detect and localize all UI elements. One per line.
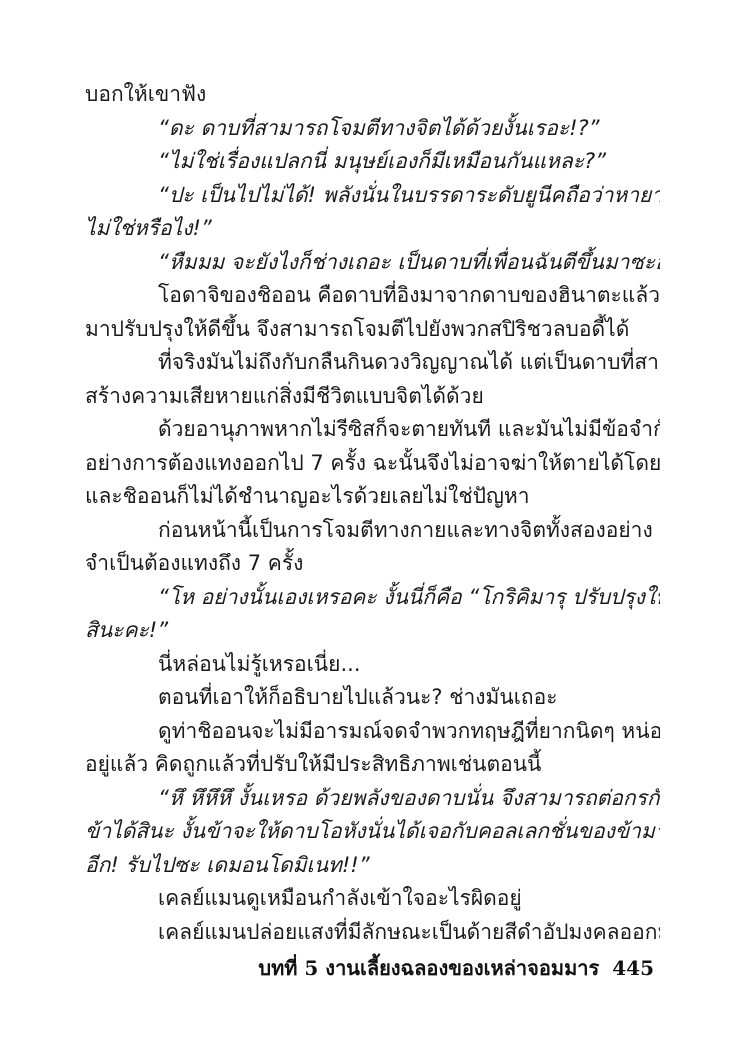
text-line: ก่อนหน้านี้เป็นการโจมตีทางกายและทางจิตทั… — [85, 514, 660, 548]
text-line: นี่หล่อนไม่รู้เหรอเนี่ย... — [85, 648, 660, 682]
text-line: เคลย์แมนดูเหมือนกำลังเข้าใจอะไรผิดอยู่ — [85, 882, 660, 916]
text-line: ด้วยอานุภาพหากไม่รีซิสก็จะตายทันที และมั… — [85, 413, 660, 447]
text-line: เคลย์แมนปล่อยแสงที่มีลักษณะเป็นด้ายสีดำอ… — [85, 916, 660, 950]
text-line: “ดะ ดาบที่สามารถโจมตีทางจิตได้ด้วยงั้นเร… — [85, 112, 660, 146]
page-footer: บทที่ 5 งานเลี้ยงฉลองของเหล่าจอมมาร445 — [85, 951, 654, 985]
text-line: ดูท่าชิออนจะไม่มีอารมณ์จดจำพวกทฤษฎีที่ยา… — [85, 715, 660, 749]
text-line: “ปะ เป็นไปไม่ได้! พลังนั่นในบรรดาระดับยู… — [85, 179, 660, 213]
text-line: “ไม่ใช่เรื่องแปลกนี่ มนุษย์เองก็มีเหมือน… — [85, 145, 660, 179]
text-line: และชิออนก็ไม่ได้ชำนาญอะไรด้วยเลยไม่ใช่ปั… — [85, 480, 660, 514]
text-line: อย่างการต้องแทงออกไป 7 ครั้ง ฉะนั้นจึงไม… — [85, 447, 660, 481]
text-line: “โห อย่างนั้นเองเหรอคะ งั้นนี่ก็คือ “โกร… — [85, 581, 660, 615]
text-line: โอดาจิของชิออน คือดาบที่อิงมาจากดาบของฮิ… — [85, 279, 660, 313]
body-text: บอกให้เขาฟัง“ดะ ดาบที่สามารถโจมตีทางจิตไ… — [85, 78, 660, 949]
text-line: มาปรับปรุงให้ดีขึ้น จึงสามารถโจมตีไปยังพ… — [85, 313, 660, 347]
text-line: “หึ หึหึหึ งั้นเหรอ ด้วยพลังของดาบนั่น จ… — [85, 782, 660, 816]
text-line: อีก! รับไปซะ เดมอนโดมิเนท!!” — [85, 849, 660, 883]
text-line: ไม่ใช่หรือไง!” — [85, 212, 660, 246]
text-line: จำเป็นต้องแทงถึง 7 ครั้ง — [85, 547, 660, 581]
text-line: สินะคะ!” — [85, 614, 660, 648]
text-line: “หืมมม จะยังไงก็ช่างเถอะ เป็นดาบที่เพื่อ… — [85, 246, 660, 280]
book-page: บอกให้เขาฟัง“ดะ ดาบที่สามารถโจมตีทางจิตไ… — [0, 0, 738, 1051]
text-line: อยู่แล้ว คิดถูกแล้วที่ปรับให้มีประสิทธิภ… — [85, 748, 660, 782]
footer-page-number: 445 — [612, 956, 654, 980]
text-line: บอกให้เขาฟัง — [85, 78, 660, 112]
text-line: สร้างความเสียหายแก่สิ่งมีชีวิตแบบจิตได้ด… — [85, 380, 660, 414]
text-line: ที่จริงมันไม่ถึงกับกลืนกินดวงวิญญาณได้ แ… — [85, 346, 660, 380]
footer-chapter-title: บทที่ 5 งานเลี้ยงฉลองของเหล่าจอมมาร — [258, 956, 599, 980]
text-line: ข้าได้สินะ งั้นข้าจะให้ดาบโอหังนั่นได้เจ… — [85, 815, 660, 849]
text-line: ตอนที่เอาให้ก็อธิบายไปแล้วนะ? ช่างมันเถอ… — [85, 681, 660, 715]
